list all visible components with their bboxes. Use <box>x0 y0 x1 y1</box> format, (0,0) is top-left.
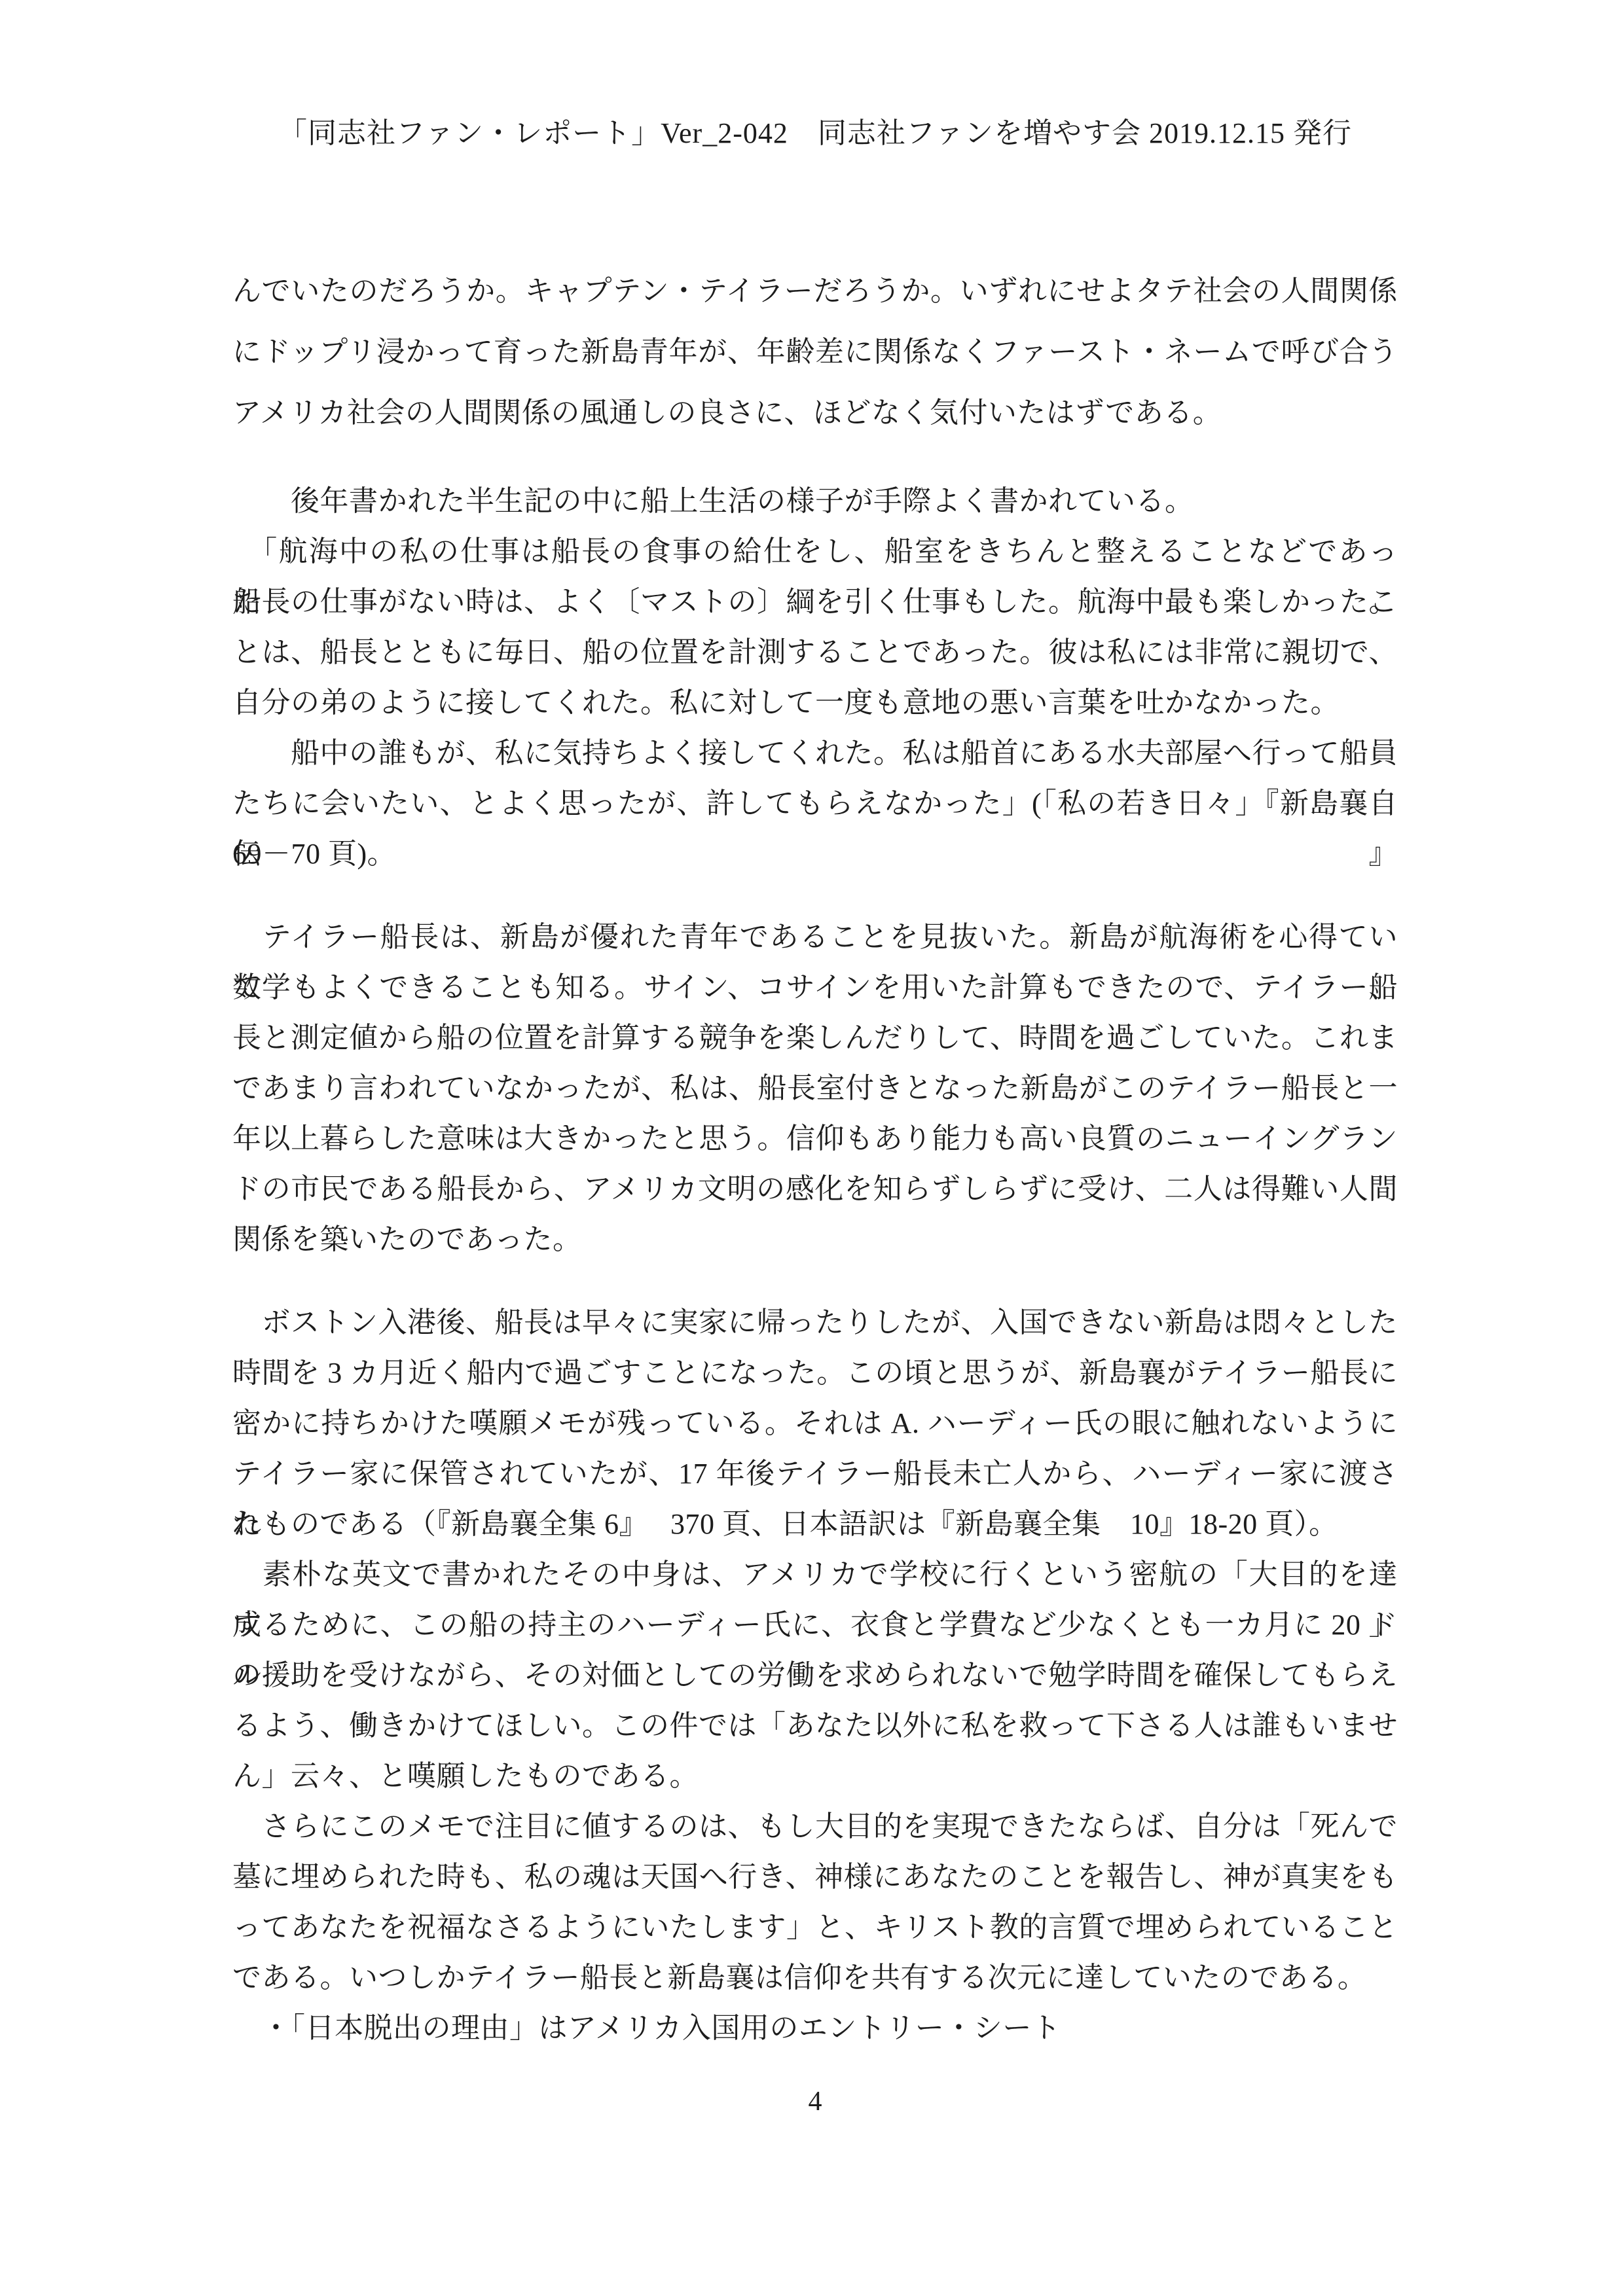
text-line: 数学もよくできることも知る。サイン、コサインを用いた計算もできたので、テイラー船 <box>232 962 1398 1013</box>
text-line: 船中の誰もが、私に気持ちよく接してくれた。私は船首にある水夫部屋へ行って船員 <box>232 728 1398 778</box>
text-line: テイラー船長は、新島が優れた青年であることを見抜いた。新島が航海術を心得ていて、 <box>232 912 1398 962</box>
paragraph: んでいたのだろうか。キャプテン・テイラーだろうか。いずれにせよタテ社会の人間関係… <box>232 260 1398 443</box>
text-line: ・「日本脱出の理由」はアメリカ入国用のエントリー・シート <box>232 2003 1398 2053</box>
paragraph: さらにこのメモで注目に値するのは、もし大目的を実現できたならば、自分は「死んで墓… <box>232 1801 1398 2003</box>
text-line: アメリカ社会の人間関係の風通しの良さに、ほどなく気付いたはずである。 <box>232 382 1398 443</box>
page-body: んでいたのだろうか。キャプテン・テイラーだろうか。いずれにせよタテ社会の人間関係… <box>232 260 1398 2053</box>
text-line: の援助を受けながら、その対価としての労働を求められないで勉学時間を確保してもらえ <box>232 1650 1398 1700</box>
text-line: たものである（『新島襄全集 6』 370 頁、日本語訳は『新島襄全集 10』18… <box>232 1499 1398 1549</box>
text-line: するために、この船の持主のハーディー氏に、衣食と学費など少なくとも一カ月に 20… <box>232 1600 1398 1650</box>
text-line: ボストン入港後、船長は早々に実家に帰ったりしたが、入国できない新島は悶々とした <box>232 1297 1398 1348</box>
text-line: るよう、働きかけてほしい。この件では「あなた以外に私を救って下さる人は誰もいませ <box>232 1700 1398 1751</box>
text-line: 船長の仕事がない時は、よく〔マストの〕綱を引く仕事もした。航海中最も楽しかったこ <box>232 577 1398 627</box>
page-header: 「同志社ファン・レポート」Ver_2-042 同志社ファンを増やす会 2019.… <box>232 115 1398 152</box>
text-line: テイラー家に保管されていたが、17 年後テイラー船長未亡人から、ハーディー家に渡… <box>232 1448 1398 1499</box>
text-line: 長と測定値から船の位置を計算する競争を楽しんだりして、時間を過ごしていた。これま <box>232 1013 1398 1063</box>
text-line: 自分の弟のように接してくれた。私に対して一度も意地の悪い言葉を吐かなかった。 <box>232 677 1398 728</box>
document-page: 「同志社ファン・レポート」Ver_2-042 同志社ファンを増やす会 2019.… <box>0 0 1623 2296</box>
text-line: とは、船長とともに毎日、船の位置を計測することであった。彼は私には非常に親切で、 <box>232 627 1398 677</box>
text-line: たちに会いたい、とよく思ったが、許してもらえなかった」(「私の若き日々」『新島襄… <box>232 778 1398 829</box>
paragraph: ・「日本脱出の理由」はアメリカ入国用のエントリー・シート <box>232 2003 1398 2053</box>
text-line: ドの市民である船長から、アメリカ文明の感化を知らずしらずに受け、二人は得難い人間 <box>232 1164 1398 1214</box>
text-line: にドップリ浸かって育った新島青年が、年齢差に関係なくファースト・ネームで呼び合う <box>232 321 1398 382</box>
paragraph: 素朴な英文で書かれたその中身は、アメリカで学校に行くという密航の「大目的を達成」… <box>232 1549 1398 1801</box>
text-line: である。いつしかテイラー船長と新島襄は信仰を共有する次元に達していたのである。 <box>232 1952 1398 2003</box>
text-line: 「航海中の私の仕事は船長の食事の給仕をし、船室をきちんと整えることなどであった。 <box>232 526 1398 577</box>
paragraph: テイラー船長は、新島が優れた青年であることを見抜いた。新島が航海術を心得ていて、… <box>232 912 1398 1265</box>
text-line: 年以上暮らした意味は大きかったと思う。信仰もあり能力も高い良質のニューイングラン <box>232 1113 1398 1164</box>
text-line: んでいたのだろうか。キャプテン・テイラーだろうか。いずれにせよタテ社会の人間関係 <box>232 260 1398 321</box>
text-line: ってあなたを祝福なさるようにいたします」と、キリスト教的言質で埋められていること <box>232 1902 1398 1952</box>
text-line: 時間を 3 カ月近く船内で過ごすことになった。この頃と思うが、新島襄がテイラー船… <box>232 1348 1398 1398</box>
paragraph: 「航海中の私の仕事は船長の食事の給仕をし、船室をきちんと整えることなどであった。… <box>232 526 1398 879</box>
page-number: 4 <box>232 2085 1398 2119</box>
text-line: ん」云々、と嘆願したものである。 <box>232 1751 1398 1801</box>
text-line: であまり言われていなかったが、私は、船長室付きとなった新島がこのテイラー船長と一 <box>232 1063 1398 1113</box>
text-line: 関係を築いたのであった。 <box>232 1214 1398 1265</box>
paragraph: ボストン入港後、船長は早々に実家に帰ったりしたが、入国できない新島は悶々とした時… <box>232 1297 1398 1549</box>
text-line: さらにこのメモで注目に値するのは、もし大目的を実現できたならば、自分は「死んで <box>232 1801 1398 1852</box>
text-line: 後年書かれた半生記の中に船上生活の様子が手際よく書かれている。 <box>232 476 1398 526</box>
text-line: 密かに持ちかけた嘆願メモが残っている。それは A. ハーディー氏の眼に触れないよ… <box>232 1398 1398 1448</box>
text-line: 墓に埋められた時も、私の魂は天国へ行き、神様にあなたのことを報告し、神が真実をも <box>232 1852 1398 1902</box>
text-line: 素朴な英文で書かれたその中身は、アメリカで学校に行くという密航の「大目的を達成」 <box>232 1549 1398 1600</box>
paragraph: 後年書かれた半生記の中に船上生活の様子が手際よく書かれている。 <box>232 476 1398 526</box>
